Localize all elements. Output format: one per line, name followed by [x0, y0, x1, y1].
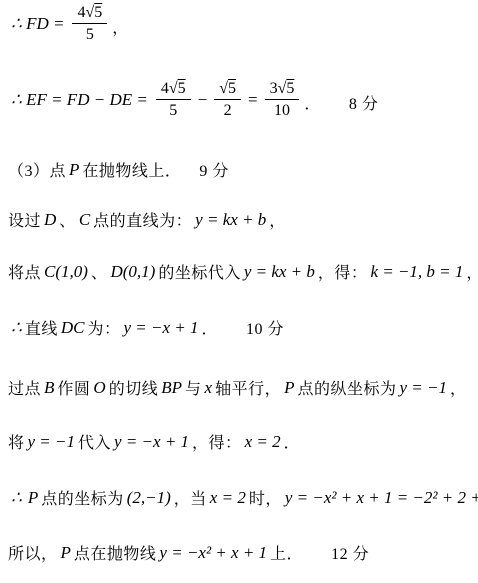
- math-expression: x = 2: [242, 432, 284, 451]
- math-expression: y = −x + 1: [120, 318, 201, 337]
- chinese-text: 点的坐标为: [41, 491, 124, 508]
- comma: ，: [450, 381, 467, 398]
- score-marker: 12 分: [331, 546, 369, 563]
- math-expression: D(0,1): [107, 262, 158, 281]
- therefore-symbol: ∴: [8, 318, 25, 337]
- math-variable: DC: [58, 318, 88, 337]
- comma: ，: [112, 16, 129, 44]
- fraction-denominator: 5: [86, 24, 94, 44]
- radicand: 5: [286, 80, 294, 97]
- math-variable: x: [202, 378, 216, 397]
- math-expression: k = −1, b = 1: [367, 262, 466, 281]
- period: 上．: [270, 546, 303, 563]
- chinese-text: （3）点: [8, 163, 66, 180]
- math-variable: P: [66, 160, 82, 179]
- math-expression: ∴ FD =: [8, 11, 67, 37]
- fraction-numerator: √5: [214, 79, 241, 100]
- score-marker: 8 分: [349, 92, 379, 120]
- chinese-text: 时，: [249, 491, 282, 508]
- radicand: 5: [228, 80, 236, 97]
- chinese-text: 的切线: [109, 381, 159, 398]
- math-variable: BP: [158, 378, 185, 397]
- math-solution-document: ∴ FD = 4√5 5 ， ∴ EF = FD − DE = 4√5 5 − …: [0, 0, 478, 583]
- fraction-numerator: 4√5: [72, 3, 107, 24]
- math-expression: C(1,0): [41, 262, 91, 281]
- math-variable: B: [41, 378, 57, 397]
- sqrt-symbol: √5: [85, 4, 102, 21]
- math-variable: P: [25, 488, 41, 507]
- score-marker: 9 分: [199, 163, 229, 180]
- fraction-numerator: 4√5: [156, 79, 191, 100]
- solution-line-1: ∴ FD = 4√5 5 ，: [8, 3, 129, 44]
- fraction: 3√5 10: [265, 79, 300, 120]
- minus-operator: −: [196, 87, 210, 113]
- score-marker: 10 分: [246, 321, 284, 338]
- chinese-text: 在抛物线上．: [82, 163, 181, 180]
- period: ．: [304, 92, 321, 120]
- math-expression: ∴ EF = FD − DE =: [8, 87, 151, 113]
- chinese-text: 轴平行，: [215, 381, 281, 398]
- period: ．: [202, 321, 219, 338]
- fraction-denominator: 10: [274, 100, 290, 120]
- therefore-symbol: ∴: [8, 488, 25, 507]
- equals-operator: =: [246, 87, 260, 113]
- chinese-text: 将: [8, 435, 25, 452]
- math-expression: y = kx + b: [192, 210, 269, 229]
- chinese-text: 与: [185, 381, 202, 398]
- math-expression: x = 2: [207, 488, 249, 507]
- fraction-denominator: 5: [169, 100, 177, 120]
- chinese-text: 点在抛物线: [74, 546, 157, 563]
- solution-line-2: ∴ EF = FD − DE = 4√5 5 − √5 2 = 3√5 10 ．…: [8, 79, 378, 120]
- math-expression: y = kx + b: [241, 262, 318, 281]
- solution-line-4: 设过D、C点的直线为：y = kx + b，: [8, 208, 286, 235]
- period: ．: [284, 435, 301, 452]
- math-expression: y = −x² + x + 1: [156, 543, 270, 562]
- fraction: √5 2: [214, 79, 241, 120]
- chinese-text: 作圆: [57, 381, 90, 398]
- comma: ，: [269, 213, 286, 230]
- chinese-text: 直线: [25, 321, 58, 338]
- solution-line-5: 将点C(1,0)、D(0,1)的坐标代入y = kx + b，得：k = −1,…: [8, 260, 478, 287]
- math-variable: P: [58, 543, 74, 562]
- math-expression: y = −1: [396, 378, 450, 397]
- fraction-denominator: 2: [224, 100, 232, 120]
- solution-line-10: 所以，P点在抛物线y = −x² + x + 1上．12 分: [8, 541, 369, 568]
- chinese-text: 、: [91, 265, 108, 282]
- math-expression: y = −x + 1: [111, 432, 192, 451]
- chinese-text: 代入: [78, 435, 111, 452]
- chinese-text: 为：: [87, 321, 120, 338]
- chinese-text: 将点: [8, 265, 41, 282]
- chinese-text: 所以，: [8, 546, 58, 563]
- math-expression: y = −1: [25, 432, 79, 451]
- comma: ，: [466, 265, 478, 282]
- coefficient: 3: [270, 80, 278, 97]
- solution-line-3: （3）点P在抛物线上．9 分: [8, 158, 229, 185]
- radicand: 5: [94, 4, 102, 21]
- solution-line-9: ∴P点的坐标为(2,−1)，当x = 2时，y = −x² + x + 1 = …: [8, 486, 478, 513]
- chinese-text: ，得：: [192, 435, 242, 452]
- math-variable: D: [41, 210, 59, 229]
- math-expression: y = −x² + x + 1 = −2² + 2 + 1 = −1: [282, 488, 478, 507]
- fraction: 4√5 5: [72, 3, 107, 44]
- radicand: 5: [178, 80, 186, 97]
- chinese-text: 点的直线为：: [93, 213, 192, 230]
- sqrt-symbol: √5: [219, 80, 236, 97]
- sqrt-symbol: √5: [278, 80, 295, 97]
- solution-line-6: ∴直线DC为：y = −x + 1．10 分: [8, 316, 284, 343]
- solution-line-8: 将y = −1代入y = −x + 1，得：x = 2．: [8, 430, 300, 457]
- chinese-text: 、: [59, 213, 76, 230]
- sqrt-symbol: √5: [169, 80, 186, 97]
- chinese-text: 点的纵坐标为: [297, 381, 396, 398]
- chinese-text: 过点: [8, 381, 41, 398]
- chinese-text: ，当: [174, 491, 207, 508]
- chinese-text: ，得：: [318, 265, 368, 282]
- math-variable: O: [90, 378, 108, 397]
- chinese-text: 设过: [8, 213, 41, 230]
- coefficient: 4: [161, 80, 169, 97]
- solution-line-7: 过点B作圆O的切线BP与x轴平行，P点的纵坐标为y = −1，: [8, 376, 467, 403]
- math-expression: (2,−1): [124, 488, 174, 507]
- math-variable: C: [76, 210, 93, 229]
- fraction-numerator: 3√5: [265, 79, 300, 100]
- fraction: 4√5 5: [156, 79, 191, 120]
- math-variable: P: [281, 378, 297, 397]
- chinese-text: 的坐标代入: [158, 265, 241, 282]
